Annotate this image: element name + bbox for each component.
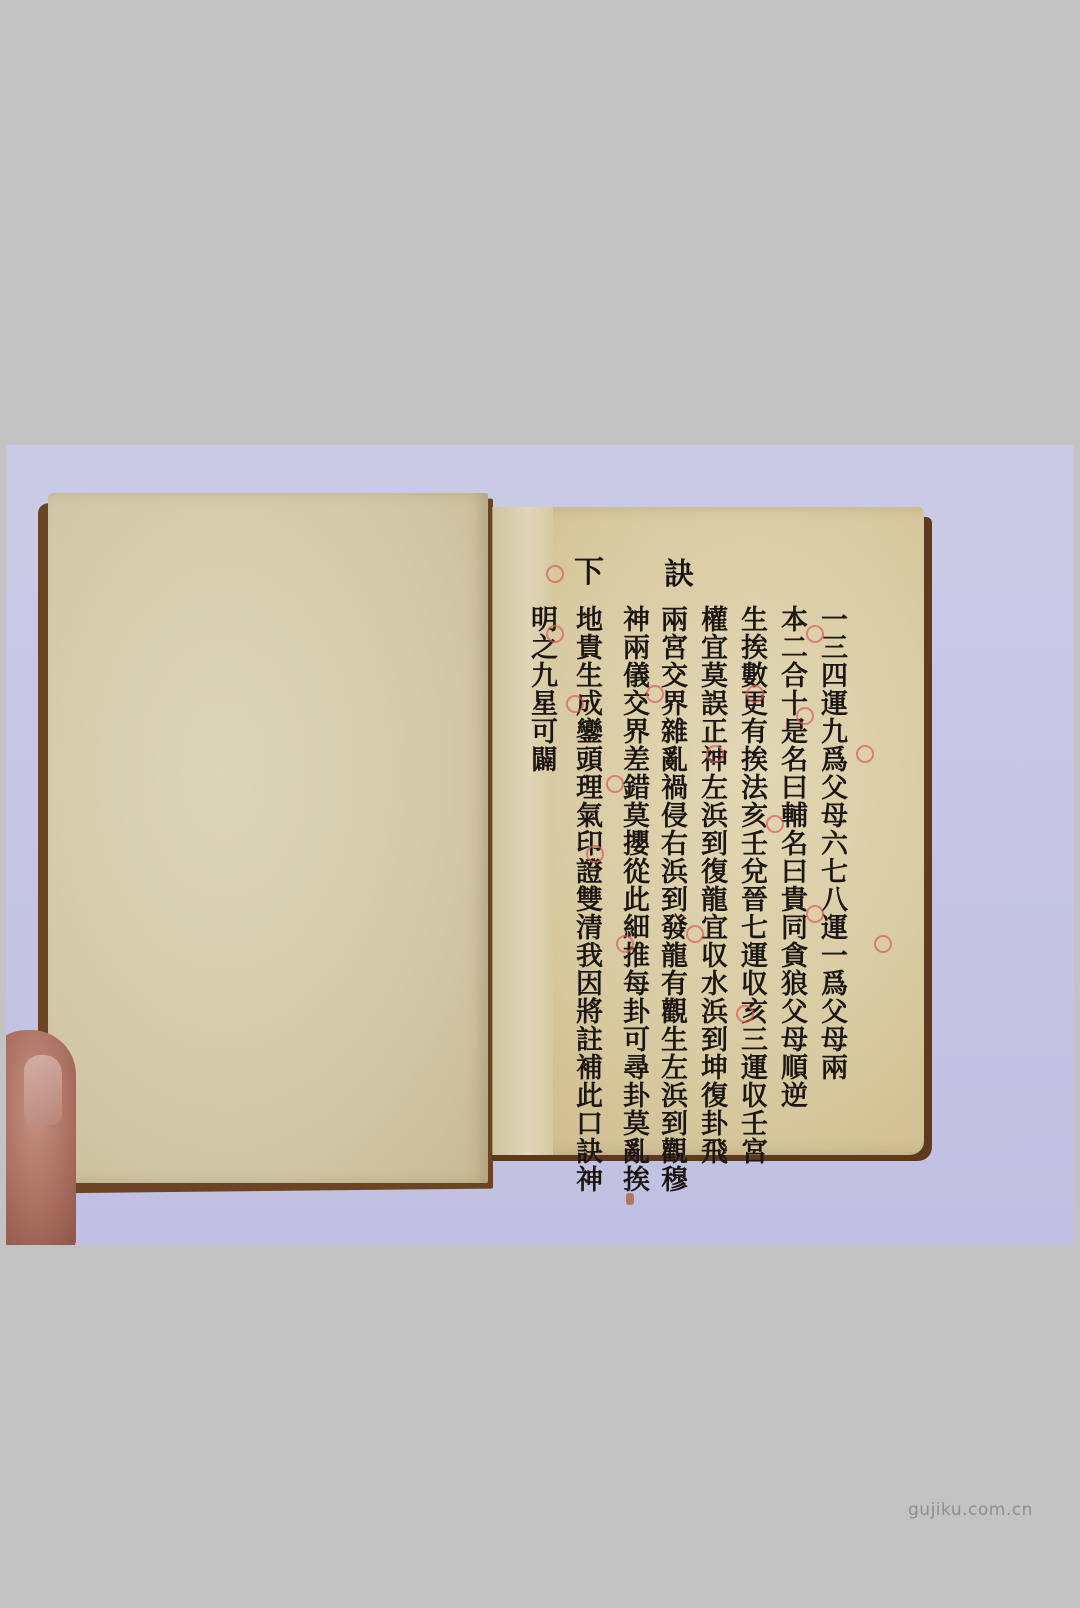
red-annotation-circle <box>806 905 824 923</box>
text-column-2: 本二合十是名曰輔名曰貴同貪狼父母順逆 <box>776 605 806 1109</box>
blank-left-page <box>48 493 488 1183</box>
text-column-1: 一三四運九爲父母六七八運一爲父母兩 <box>816 605 846 1081</box>
red-annotation-circle <box>874 935 892 953</box>
manuscript-photo: 下 訣 一三四運九爲父母六七八運一爲父母兩 本二合十是名曰輔名曰貴同貪狼父母順逆… <box>6 445 1074 1245</box>
text-column-7: 地貴生成鑾頭理氣印證雙清我因將註補此口訣神 <box>571 605 601 1193</box>
red-annotation-circle <box>646 685 664 703</box>
red-annotation-circle <box>586 845 604 863</box>
red-annotation-circle <box>856 745 874 763</box>
red-annotation-circle <box>796 707 814 725</box>
red-annotation-circle <box>766 815 784 833</box>
thumbnail <box>24 1055 62 1125</box>
red-annotation-circle <box>606 775 624 793</box>
watermark: gujiku.com.cn <box>908 1500 1033 1520</box>
title-char-xia: 下 <box>574 547 604 591</box>
red-annotation-circle <box>546 565 564 583</box>
text-column-4: 權宜莫誤正神左浜到復龍宜収水浜到坤復卦飛 <box>696 605 726 1165</box>
red-annotation-circle <box>616 935 634 953</box>
red-annotation-circle <box>746 685 764 703</box>
red-annotation-circle <box>566 695 584 713</box>
page-title: 下 訣 <box>566 545 726 595</box>
red-annotation-circle <box>546 625 564 643</box>
red-annotation-circle <box>806 625 824 643</box>
text-column-6: 神兩儀交界差錯莫攖從此細推每卦可尋卦莫亂挨 <box>618 605 648 1193</box>
red-annotation-circle <box>686 925 704 943</box>
red-annotation-circle <box>736 1005 754 1023</box>
paper-fragment <box>626 1193 634 1205</box>
title-char-jue: 訣 <box>664 549 694 593</box>
red-annotation-circle <box>706 745 724 763</box>
